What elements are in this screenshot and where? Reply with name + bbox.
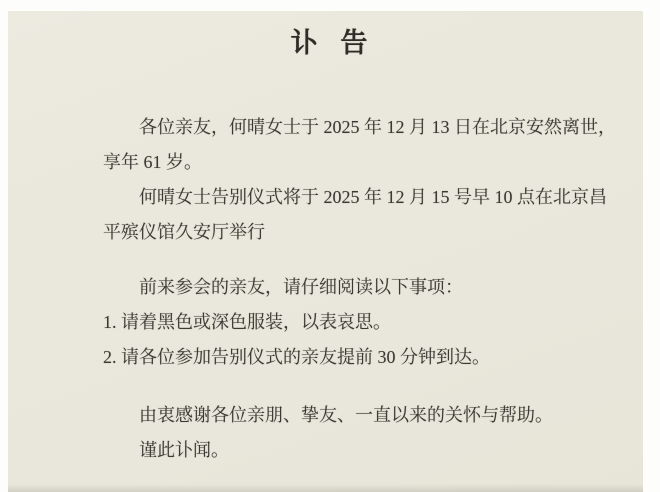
spacer (103, 375, 613, 398)
paragraph-ceremony-info: 何晴女士告别仪式将于 2025 年 12 月 15 号早 10 点在北京昌 平殡… (103, 180, 613, 250)
death-notice-line-2: 享年 61 岁。 (103, 145, 613, 180)
gratitude-line: 由衷感谢各位亲朋、挚友、一直以来的关怀与帮助。 (103, 398, 613, 433)
paragraph-gratitude: 由衷感谢各位亲朋、挚友、一直以来的关怀与帮助。 谨此讣闻。 (103, 398, 613, 468)
photo-background: 讣 告 各位亲友，何晴女士于 2025 年 12 月 13 日在北京安然离世， … (0, 0, 660, 492)
paragraph-death-notice: 各位亲友，何晴女士于 2025 年 12 月 13 日在北京安然离世， 享年 6… (103, 110, 613, 180)
death-notice-line-1: 各位亲友，何晴女士于 2025 年 12 月 13 日在北京安然离世， (103, 110, 613, 145)
paragraph-attendee-notice: 前来参会的亲友，请仔细阅读以下事项： 1. 请着黑色或深色服装，以表哀思。 2.… (103, 270, 613, 375)
ceremony-info-line-2: 平殡仪馆久安厅举行 (103, 215, 613, 250)
attendee-notice-item-2: 2. 请各位参加告别仪式的亲友提前 30 分钟到达。 (103, 340, 613, 375)
attendee-notice-header: 前来参会的亲友，请仔细阅读以下事项： (103, 270, 613, 305)
closing-line: 谨此讣闻。 (103, 433, 613, 468)
obituary-document: 讣 告 各位亲友，何晴女士于 2025 年 12 月 13 日在北京安然离世， … (8, 11, 643, 492)
attendee-notice-item-1: 1. 请着黑色或深色服装，以表哀思。 (103, 305, 613, 340)
document-body: 各位亲友，何晴女士于 2025 年 12 月 13 日在北京安然离世， 享年 6… (8, 110, 643, 468)
spacer (103, 250, 613, 270)
document-title: 讣 告 (8, 27, 643, 59)
ceremony-info-line-1: 何晴女士告别仪式将于 2025 年 12 月 15 号早 10 点在北京昌 (103, 180, 613, 215)
